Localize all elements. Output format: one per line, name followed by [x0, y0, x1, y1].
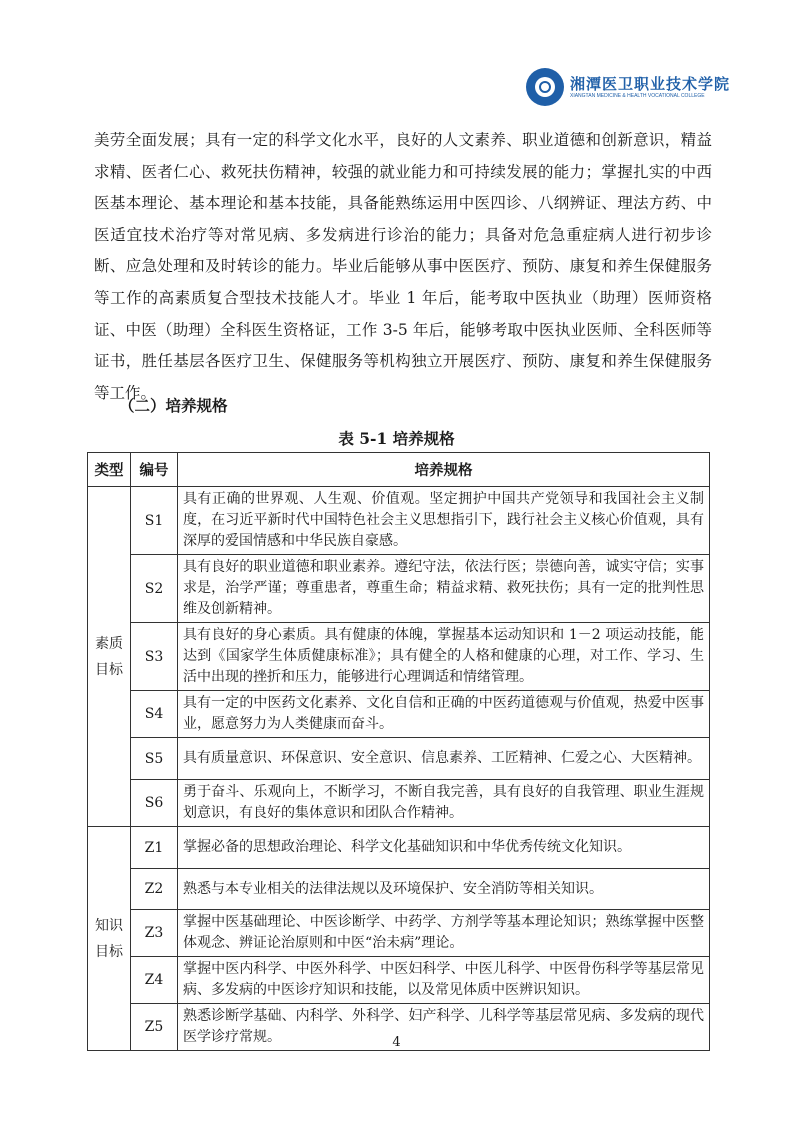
logo-english-name: XIANGTAN MEDICINE & HEALTH VOCATIONAL CO… [570, 93, 730, 100]
page-number: 4 [0, 1035, 793, 1050]
table-row: S5 具有质量意识、环保意识、安全意识、信息素养、工匠精神、仁爱之心、大医精神。 [88, 738, 710, 780]
logo-chinese-name: 湘潭医卫职业技术学院 [570, 75, 730, 93]
code-cell: Z3 [131, 910, 178, 957]
code-cell: S1 [131, 487, 178, 555]
table-row: S2 具有良好的职业道德和职业素养。遵纪守法，依法行医；崇德向善，诚实守信；实事… [88, 555, 710, 623]
table-row: S6 勇于奋斗、乐观向上，不断学习，不断自我完善，具有良好的自我管理、职业生涯规… [88, 780, 710, 827]
category-cell: 知识目标 [88, 827, 131, 1051]
table-row: S3 具有良好的身心素质。具有健康的体魄，掌握基本运动知识和 1－2 项运动技能… [88, 623, 710, 691]
header-spec: 培养规格 [178, 453, 710, 487]
table-row: Z4 掌握中医内科学、中医外科学、中医妇科学、中医儿科学、中医骨伤科学等基层常见… [88, 957, 710, 1004]
spec-cell: 具有一定的中医药文化素养、文化自信和正确的中医药道德观与价值观，热爱中医事业，愿… [178, 691, 710, 738]
body-paragraph: 美劳全面发展；具有一定的科学文化水平，良好的人文素养、职业道德和创新意识，精益求… [94, 125, 712, 409]
table-caption: 表 5-1 培养规格 [0, 427, 793, 449]
category-cell: 素质目标 [88, 487, 131, 827]
table-row: S4 具有一定的中医药文化素养、文化自信和正确的中医药道德观与价值观，热爱中医事… [88, 691, 710, 738]
code-cell: S3 [131, 623, 178, 691]
header-code: 编号 [131, 453, 178, 487]
table-row: Z2 熟悉与本专业相关的法律法规以及环境保护、安全消防等相关知识。 [88, 869, 710, 910]
spec-cell: 掌握必备的思想政治理论、科学文化基础知识和中华优秀传统文化知识。 [178, 827, 710, 869]
code-cell: Z1 [131, 827, 178, 869]
table-row: 知识目标 Z1 掌握必备的思想政治理论、科学文化基础知识和中华优秀传统文化知识。 [88, 827, 710, 869]
spec-cell: 掌握中医内科学、中医外科学、中医妇科学、中医儿科学、中医骨伤科学等基层常见病、多… [178, 957, 710, 1004]
college-logo: 湘潭医卫职业技术学院 XIANGTAN MEDICINE & HEALTH VO… [526, 68, 730, 106]
table-row: 素质目标 S1 具有正确的世界观、人生观、价值观。坚定拥护中国共产党领导和我国社… [88, 487, 710, 555]
table-row: Z3 掌握中医基础理论、中医诊断学、中药学、方剂学等基本理论知识；熟练掌握中医整… [88, 910, 710, 957]
header-type: 类型 [88, 453, 131, 487]
code-cell: S5 [131, 738, 178, 780]
section-heading: （二）培养规格 [119, 394, 228, 416]
code-cell: Z4 [131, 957, 178, 1004]
code-cell: S4 [131, 691, 178, 738]
spec-cell: 勇于奋斗、乐观向上，不断学习，不断自我完善，具有良好的自我管理、职业生涯规划意识… [178, 780, 710, 827]
spec-cell: 具有良好的职业道德和职业素养。遵纪守法，依法行医；崇德向善，诚实守信；实事求是，… [178, 555, 710, 623]
code-cell: Z2 [131, 869, 178, 910]
spec-cell: 具有良好的身心素质。具有健康的体魄，掌握基本运动知识和 1－2 项运动技能，能达… [178, 623, 710, 691]
table-header-row: 类型 编号 培养规格 [88, 453, 710, 487]
code-cell: S2 [131, 555, 178, 623]
spec-cell: 熟悉与本专业相关的法律法规以及环境保护、安全消防等相关知识。 [178, 869, 710, 910]
spec-cell: 具有正确的世界观、人生观、价值观。坚定拥护中国共产党领导和我国社会主义制度，在习… [178, 487, 710, 555]
spec-cell: 掌握中医基础理论、中医诊断学、中药学、方剂学等基本理论知识；熟练掌握中医整体观念… [178, 910, 710, 957]
spec-cell: 具有质量意识、环保意识、安全意识、信息素养、工匠精神、仁爱之心、大医精神。 [178, 738, 710, 780]
training-spec-table: 类型 编号 培养规格 素质目标 S1 具有正确的世界观、人生观、价值观。坚定拥护… [87, 452, 710, 1051]
code-cell: S6 [131, 780, 178, 827]
college-emblem-icon [526, 68, 564, 106]
